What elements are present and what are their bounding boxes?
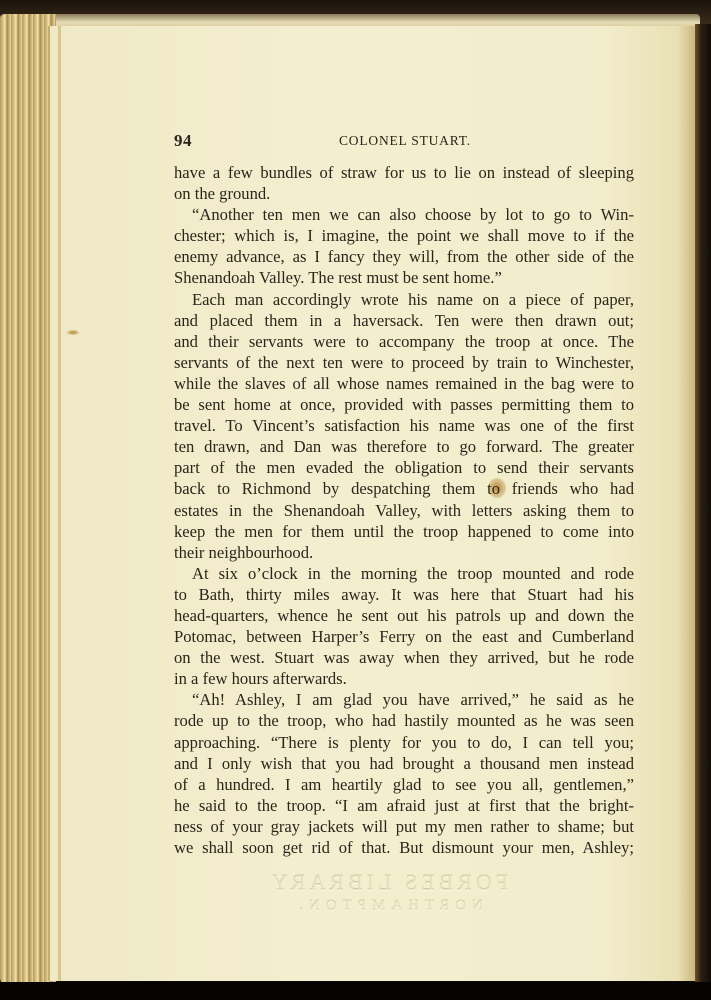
- text-line: “Another ten men we can also choose by l…: [174, 204, 634, 225]
- text-line: their neighbourhood.: [174, 542, 634, 563]
- text-line: and placed them in a haversack. Ten were…: [174, 310, 634, 331]
- page-gutter-edge: [58, 26, 61, 981]
- text-line: of a hundred. I am heartily glad to see …: [174, 774, 634, 795]
- text-line: in a few hours afterwards.: [174, 668, 634, 689]
- text-line: and their servants were to accompany the…: [174, 331, 634, 352]
- page-number: 94: [174, 131, 192, 151]
- text-line: Potomac, between Harper’s Ferry on the e…: [174, 626, 634, 647]
- text-line: on the west. Stuart was away when they a…: [174, 647, 634, 668]
- text-line: enemy advance, as I fancy they will, fro…: [174, 246, 634, 267]
- text-line: travel. To Vincent’s satisfaction his na…: [174, 415, 634, 436]
- running-header: 94 COLONEL STUART.: [174, 131, 634, 151]
- text-line: to Bath, thirty miles away. It was here …: [174, 584, 634, 605]
- text-line: rode up to the troop, who had hastily mo…: [174, 710, 634, 731]
- body-text: have a few bundles of straw for us to li…: [174, 162, 634, 858]
- text-line: while the slaves of all whose names rema…: [174, 373, 634, 394]
- text-line: ten drawn, and Dan was therefore to go f…: [174, 436, 634, 457]
- text-line: estates in the Shenandoah Valley, with l…: [174, 500, 634, 521]
- text-line: Each man accordingly wrote his name on a…: [174, 289, 634, 310]
- text-line: chester; which is, I imagine, the point …: [174, 225, 634, 246]
- running-head-title: COLONEL STUART.: [339, 133, 471, 149]
- text-line: we shall soon get rid of that. But dismo…: [174, 837, 634, 858]
- text-line: he said to the troop. “I am afraid just …: [174, 795, 634, 816]
- text-line: “Ah! Ashley, I am glad you have arrived,…: [174, 689, 634, 710]
- text-line: At six o’clock in the morning the troop …: [174, 563, 634, 584]
- book-right-edge: [695, 24, 711, 982]
- text-line: part of the men evaded the obligation to…: [174, 457, 634, 478]
- text-line: back to Richmond by despatching them to …: [174, 478, 634, 499]
- scanner-bottom-background: [0, 982, 711, 1000]
- text-line: on the ground.: [174, 183, 634, 204]
- text-line: servants of the next ten were to proceed…: [174, 352, 634, 373]
- stamp-line-2: NORTHAMPTON.: [268, 898, 508, 915]
- text-line: keep the men for them until the troop ha…: [174, 521, 634, 542]
- text-line: head-quarters, whence he sent out his pa…: [174, 605, 634, 626]
- foxing-stain: [67, 330, 79, 335]
- text-line: Shenandoah Valley. The rest must be sent…: [174, 267, 634, 288]
- text-line: ness of your gray jackets will put my me…: [174, 816, 634, 837]
- text-line: approaching. “There is plenty for you to…: [174, 732, 634, 753]
- library-embossed-stamp: FORBES LIBRARY NORTHAMPTON.: [268, 870, 508, 915]
- text-line: be sent home at once, provided with pass…: [174, 394, 634, 415]
- text-line: have a few bundles of straw for us to li…: [174, 162, 634, 183]
- stamp-line-1: FORBES LIBRARY: [268, 870, 508, 896]
- text-line: and I only wish that you had brought a t…: [174, 753, 634, 774]
